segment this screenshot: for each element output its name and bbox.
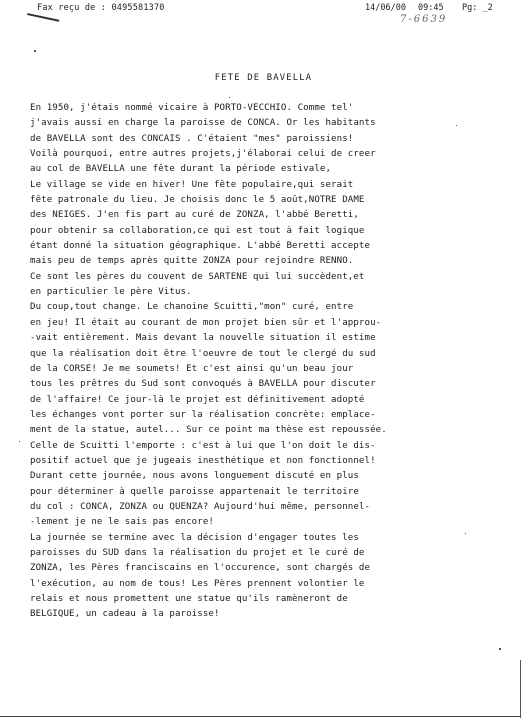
text-line: Celle de Scuitti l'emporte : c'est à lui… (30, 439, 510, 454)
handwritten-reference: 7-6639 (400, 14, 447, 25)
fax-page: Fax reçu de : 0495581370 14/06/00 09:45 … (0, 0, 521, 718)
text-line: Le village se vide en hiver! Une fête po… (30, 178, 510, 193)
text-line: de BAVELLA sont des CONCAIS . C'étaient … (30, 132, 510, 147)
text-line: Voilà pourquoi, entre autres projets,j'é… (30, 147, 510, 162)
text-line: l'exécution, au nom de tous! Les Pères p… (30, 577, 510, 592)
text-line: étant donné la situation géographique. L… (30, 239, 510, 254)
text-line: La journée se termine avec la décision d… (30, 531, 510, 546)
text-line: que la réalisation doit être l'oeuvre de… (30, 347, 510, 362)
text-line: -vait entièrement. Mais devant la nouvel… (30, 331, 510, 346)
document-body: En 1950, j'étais nommé vicaire à PORTO-V… (30, 101, 510, 623)
text-line: j'avais aussi en charge la paroisse de C… (30, 116, 510, 131)
text-line: positif actuel que je jugeais inesthétiq… (30, 454, 510, 469)
fax-date: 14/06/00 (365, 3, 406, 13)
text-line: en jeu! Il était au courant de mon proje… (30, 316, 510, 331)
fax-page-number: Pg: _2 (462, 3, 493, 13)
text-line: au col de BAVELLA une fête durant la pér… (30, 162, 510, 177)
text-line: tous les prêtres du Sud sont convoqués à… (30, 377, 510, 392)
scan-speck (499, 648, 501, 650)
fax-time: 09:45 (418, 3, 444, 13)
text-line: fête patronale du lieu. Je choisis donc … (30, 193, 510, 208)
text-line: mais peu de temps après quitte ZONZA pou… (30, 254, 510, 269)
text-line: Durant cette journée, nous avons longuem… (30, 469, 510, 484)
text-line: de l'affaire! Ce jour-là le projet est d… (30, 393, 510, 408)
text-line: ment de la statue, autel... Sur ce point… (30, 423, 510, 438)
text-line: relais et nous promettent une statue qu'… (30, 592, 510, 607)
page-edge (0, 716, 521, 717)
text-line: de la CORSE! Je me soumets! Et c'est ain… (30, 362, 510, 377)
text-line: paroisses du SUD dans la réalisation du … (30, 546, 510, 561)
text-line: BELGIQUE, un cadeau à la paroisse! (30, 607, 510, 622)
text-line: En 1950, j'étais nommé vicaire à PORTO-V… (30, 101, 510, 116)
fax-sender-header: Fax reçu de : 0495581370 (37, 3, 165, 13)
text-line: Du coup,tout change. Le chanoine Scuitti… (30, 300, 510, 315)
text-line: du col : CONCA, ZONZA ou QUENZA? Aujourd… (30, 500, 510, 515)
scan-speck (34, 50, 36, 52)
text-line: des NEIGES. J'en fis part au curé de ZON… (30, 208, 510, 223)
document-title: FETE DE BAVELLA (0, 73, 521, 83)
text-line: Ce sont les pères du couvent de SARTENE … (30, 270, 510, 285)
text-line: les échanges vont porter sur la réalisat… (30, 408, 510, 423)
text-line: ZONZA, les Pères franciscains en l'occur… (30, 561, 510, 576)
pen-mark (27, 13, 60, 22)
scan-speck (229, 97, 230, 98)
text-line: -lement je ne le sais pas encore! (30, 515, 510, 530)
text-line: en particulier le père Vitus. (30, 285, 510, 300)
text-line: pour obtenir sa collaboration,ce qui est… (30, 224, 510, 239)
scan-speck (19, 441, 20, 442)
text-line: pour déterminer à quelle paroisse appart… (30, 485, 510, 500)
